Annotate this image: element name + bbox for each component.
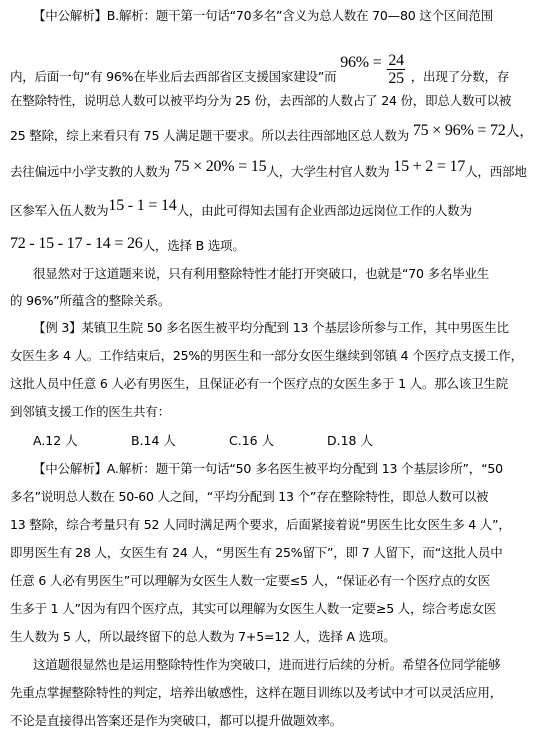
analysis1-line4: 25 整除，综上来看只有 75 人满足题干要求。所以去往西部地区总人数为 75 …	[10, 128, 533, 144]
analysis1-line5-pre: 去往偏远中小学支教的人数为	[10, 164, 170, 179]
option-b: B.14 人	[131, 433, 176, 449]
option-d: D.18 人	[327, 433, 373, 449]
analysis1-line5-mid: 人，大学生村官人数为	[266, 164, 389, 179]
option-c: C.16 人	[229, 433, 274, 449]
math-15plus2: 15 + 2 = 17	[393, 158, 465, 175]
analysis1-line3: 在整除特性，说明总人数可以被平均分为 25 份，去西部的人数占了 24 份，即总…	[10, 93, 511, 109]
math-15minus1: 15 - 1 = 14	[108, 197, 176, 214]
analysis2-line2: 多名”说明总人数在 50-60 人之间，“平均分配到 13 个”存在整除特性，即…	[10, 489, 488, 505]
comment2-line3: 不论是直接得出答案还是作为突破口，都可以提升做题效率。	[10, 713, 342, 729]
fraction-24-25: 24 25	[387, 52, 405, 87]
analysis1-line2: 内，后面一句“有 96%在毕业后去西部省区支援国家建设”而 96% = 24 2…	[10, 60, 509, 95]
analysis1-line4-pre: 25 整除，综上来看只有 75 人满足题干要求。所以去往西部地区总人数为	[10, 128, 409, 143]
analysis1-line5-post: 人，西部地	[465, 164, 527, 179]
analysis1-line1: 【中公解析】B.解析：题干第一句话“70多名”含义为总人数在 70—80 这个区…	[33, 8, 493, 24]
analysis1-line5: 去往偏远中小学支教的人数为 75 × 20% = 15人，大学生村官人数为 15…	[10, 164, 527, 180]
analysis1-line2-pre: 内，后面一句“有 96%在毕业后去西部省区支援国家建设”而	[10, 69, 336, 84]
fraction-denominator: 25	[387, 70, 405, 87]
example3-line2: 女医生多 4 人。工作结束后，25%的男医生和一部分女医生继续到邻镇 4 个医疗…	[10, 348, 523, 364]
math-75x20: 75 × 20% = 15	[174, 158, 267, 175]
fraction-numerator: 24	[387, 52, 405, 70]
analysis1-line7-post: 人，选择 B 选项。	[143, 238, 245, 253]
document-page: 【中公解析】B.解析：题干第一句话“70多名”含义为总人数在 70—80 这个区…	[0, 0, 539, 743]
math-75x96: 75 × 96% = 72	[413, 122, 506, 139]
analysis2-line7: 生人数为 5 人，所以最终留下的总人数为 7+5=12 人，选择 A 选项。	[10, 629, 396, 645]
analysis2-line1: 【中公解析】A.解析：题干第一句话“50 多名医生被平均分配到 13 个基层诊所…	[33, 461, 503, 477]
analysis2-line4: 即男医生有 28 人，女医生有 24 人，“男医生有 25%留下”，即 7 人留…	[10, 545, 503, 561]
example3-line1: 【例 3】某镇卫生院 50 多名医生被平均分配到 13 个基层诊所参与工作，其中…	[33, 320, 509, 336]
comment2-line1: 这道题很显然也是运用整除特性作为突破口，进而进行后续的分析。希望各位同学能够	[33, 657, 500, 673]
analysis1-line6-pre: 区参军入伍人数为	[10, 203, 108, 218]
math-72-minus: 72 - 15 - 17 - 14 = 26	[10, 235, 143, 252]
analysis1-line2-post: ，出现了分数，存	[411, 69, 509, 84]
analysis2-line5: 任意 6 人必有男医生”可以理解为女医生人数一定要≤5 人，“保证必有一个医疗点…	[10, 573, 490, 589]
example3-line4: 到邻镇支援工作的医生共有：	[10, 404, 170, 420]
option-a: A.12 人	[33, 433, 78, 449]
analysis2-line3: 13 整除，综合考量只有 52 人同时满足两个要求，后面紧接着说“男医生比女医生…	[10, 517, 511, 533]
comment1-line1: 很显然对于这道题来说，只有利用整除特性才能打开突破口，也就是“70 多名毕业生	[33, 266, 489, 282]
analysis1-line4-post: 人，	[506, 124, 534, 140]
comment1-line2: 的 96%”所蕴含的整除关系。	[10, 293, 170, 309]
analysis1-line6: 区参军入伍人数为15 - 1 = 14人，由此可得知去国有企业西部边远岗位工作的…	[10, 203, 472, 219]
analysis2-line6: 生多于 1 人”因为有四个医疗点，其实可以理解为女医生人数一定要≥5 人，综合考…	[10, 601, 496, 617]
analysis1-line6-post: 人，由此可得知去国有企业西部边远岗位工作的人数为	[177, 203, 472, 218]
fraction-lhs: 96% =	[340, 54, 381, 71]
analysis1-line7: 72 - 15 - 17 - 14 = 26人，选择 B 选项。	[10, 238, 245, 254]
example3-line3: 这批人员中任意 6 人必有男医生，且保证必有一个医疗点的女医生多于 1 人。那么…	[10, 376, 508, 392]
comment2-line2: 先重点掌握整除特性的判定，培养出敏感性，这样在题目训练以及考试中才可以灵活应用，	[10, 685, 502, 701]
